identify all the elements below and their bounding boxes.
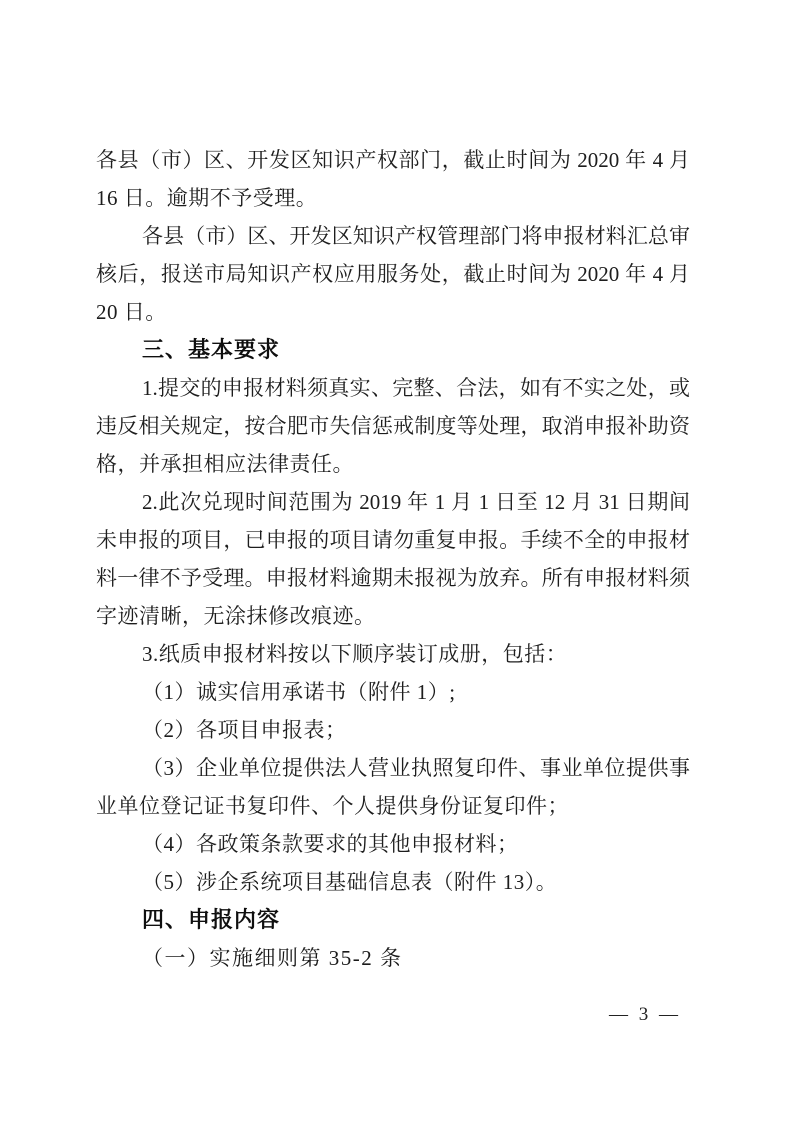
document-body: 各县（市）区、开发区知识产权部门，截止时间为 2020 年 4 月 16 日。逾…	[96, 141, 690, 977]
text-line: 未申报的项目，已申报的项目请勿重复申报。手续不全的申报材	[96, 521, 690, 559]
text-line: 20 日。	[96, 293, 690, 331]
section-heading-application-content: 四、申报内容	[96, 901, 690, 939]
text-line: 违反相关规定，按合肥市失信惩戒制度等处理，取消申报补助资	[96, 407, 690, 445]
section-heading-basic-requirements: 三、基本要求	[96, 331, 690, 369]
text-line: 各县（市）区、开发区知识产权部门，截止时间为 2020 年 4 月	[96, 141, 690, 179]
list-item: （4）各政策条款要求的其他申报材料；	[96, 825, 690, 863]
text-line: 各县（市）区、开发区知识产权管理部门将申报材料汇总审	[96, 217, 690, 255]
text-line: 1.提交的申报材料须真实、完整、合法，如有不实之处，或	[96, 369, 690, 407]
subsection-heading-rule-35-2: （一）实施细则第 35-2 条	[96, 939, 690, 977]
text-line: 16 日。逾期不予受理。	[96, 179, 690, 217]
text-line: 核后，报送市局知识产权应用服务处，截止时间为 2020 年 4 月	[96, 255, 690, 293]
list-item: （5）涉企系统项目基础信息表（附件 13）。	[96, 863, 690, 901]
text-line: 3.纸质申报材料按以下顺序装订成册，包括：	[96, 635, 690, 673]
page-number: — 3 —	[609, 1002, 681, 1028]
list-item: （2）各项目申报表；	[96, 711, 690, 749]
document-page: 各县（市）区、开发区知识产权部门，截止时间为 2020 年 4 月 16 日。逾…	[0, 0, 793, 1122]
list-item-continuation: 业单位登记证书复印件、个人提供身份证复印件；	[96, 787, 690, 825]
text-line: 2.此次兑现时间范围为 2019 年 1 月 1 日至 12 月 31 日期间	[96, 483, 690, 521]
text-line: 格，并承担相应法律责任。	[96, 445, 690, 483]
text-line: 料一律不予受理。申报材料逾期未报视为放弃。所有申报材料须	[96, 559, 690, 597]
list-item: （1）诚实信用承诺书（附件 1）;	[96, 673, 690, 711]
text-line: 字迹清晰，无涂抹修改痕迹。	[96, 597, 690, 635]
list-item: （3）企业单位提供法人营业执照复印件、事业单位提供事	[96, 749, 690, 787]
